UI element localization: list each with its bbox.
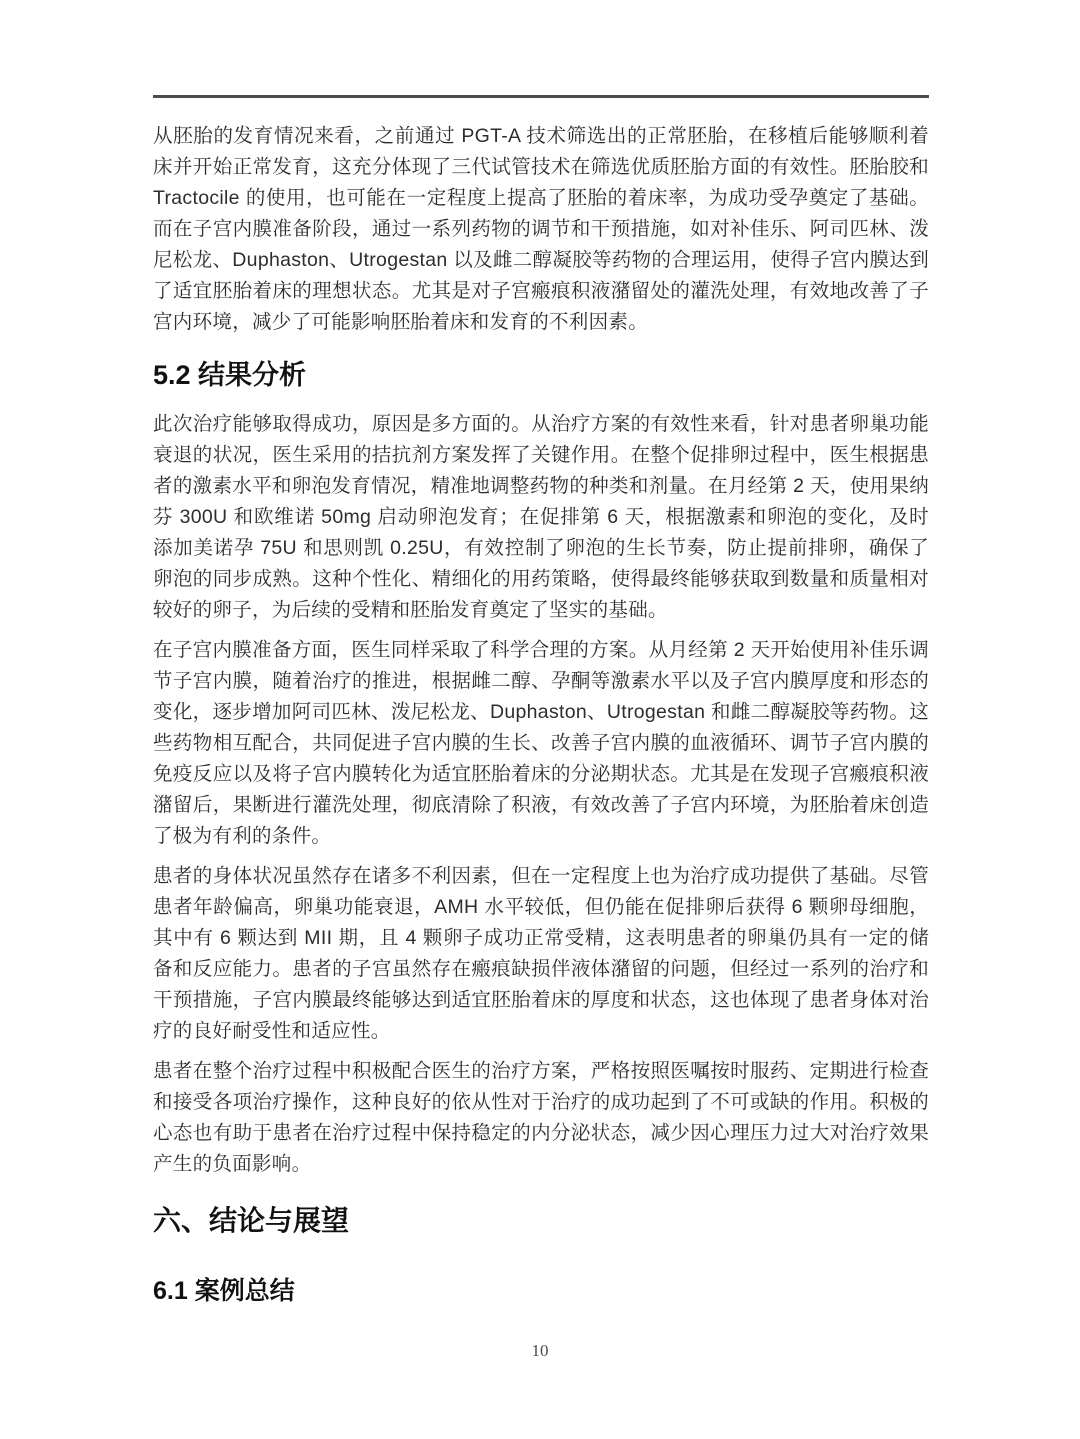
document-page: 从胚胎的发育情况来看，之前通过 PGT-A 技术筛选出的正常胚胎，在移植后能够顺…	[0, 0, 1080, 1439]
paragraph-patient-compliance: 患者在整个治疗过程中积极配合医生的治疗方案，严格按照医嘱按时服药、定期进行检查和…	[153, 1056, 929, 1180]
paragraph-embryo-development: 从胚胎的发育情况来看，之前通过 PGT-A 技术筛选出的正常胚胎，在移植后能够顺…	[153, 121, 929, 338]
section-heading-5-2-result-analysis: 5.2 结果分析	[153, 358, 929, 393]
chapter-heading-6-conclusion-outlook: 六、结论与展望	[153, 1202, 929, 1240]
page-number: 10	[0, 1341, 1080, 1361]
paragraph-patient-condition: 患者的身体状况虽然存在诸多不利因素，但在一定程度上也为治疗成功提供了基础。尽管患…	[153, 861, 929, 1047]
paragraph-treatment-success-analysis: 此次治疗能够取得成功，原因是多方面的。从治疗方案的有效性来看，针对患者卵巢功能衰…	[153, 409, 929, 626]
header-rule	[153, 95, 929, 98]
document-content: 从胚胎的发育情况来看，之前通过 PGT-A 技术筛选出的正常胚胎，在移植后能够顺…	[153, 95, 929, 1308]
section-heading-6-1-case-summary: 6.1 案例总结	[153, 1274, 929, 1308]
paragraph-endometrium-preparation: 在子宫内膜准备方面，医生同样采取了科学合理的方案。从月经第 2 天开始使用补佳乐…	[153, 635, 929, 852]
